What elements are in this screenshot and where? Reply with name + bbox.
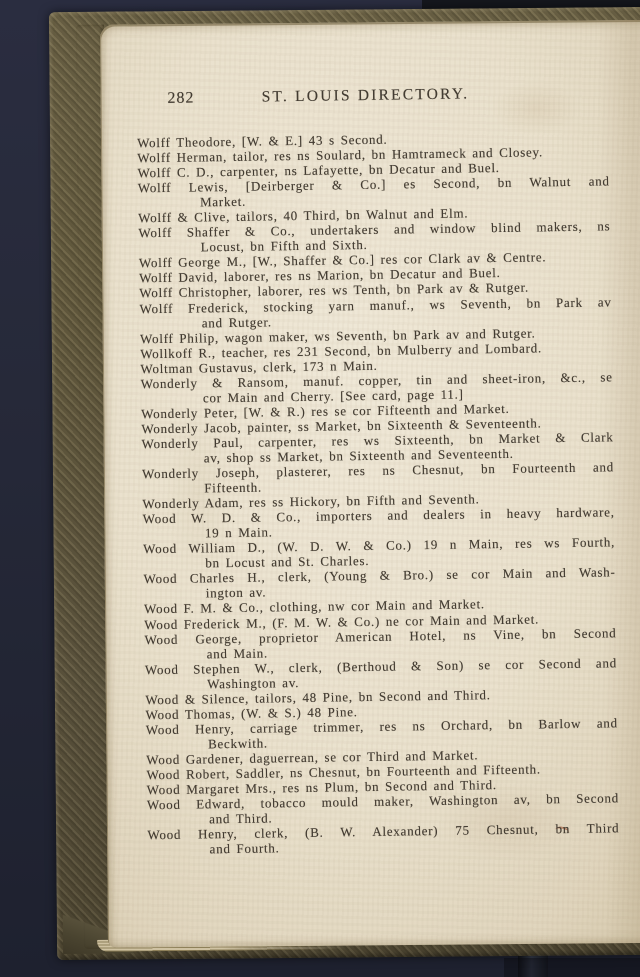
book-page: 282 ST. LOUIS DIRECTORY. Wolff Theodore,… <box>100 20 640 948</box>
page-header: 282 ST. LOUIS DIRECTORY. <box>136 83 608 112</box>
photo-scene: 282 ST. LOUIS DIRECTORY. Wolff Theodore,… <box>0 0 640 977</box>
book: 282 ST. LOUIS DIRECTORY. Wolff Theodore,… <box>49 7 640 960</box>
directory-entry: Wood Henry, clerk, (B. W. Alexander) 75 … <box>147 820 619 857</box>
directory-entries: Wolff Theodore, [W. & E.] 43 s Second.Wo… <box>137 128 620 857</box>
page-title: ST. LOUIS DIRECTORY. <box>136 84 594 109</box>
page-content: 282 ST. LOUIS DIRECTORY. Wolff Theodore,… <box>135 17 619 857</box>
